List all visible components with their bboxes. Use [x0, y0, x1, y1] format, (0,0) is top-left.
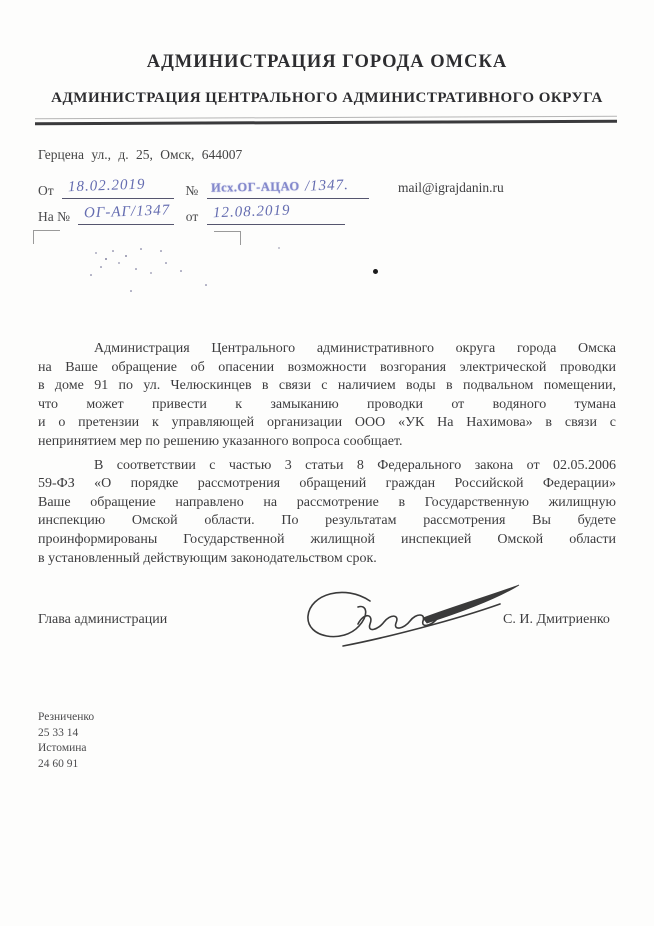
signer-position: Глава администрации: [38, 612, 167, 628]
contact-name: Истомина: [38, 741, 94, 757]
incoming-number-line: ОГ-АГ/1347: [78, 206, 174, 225]
number-label: №: [185, 183, 198, 198]
scan-speck: [180, 270, 182, 272]
body-line: Ваше обращение направлено на рассмотрени…: [38, 494, 616, 513]
contact-phone: 25 33 14: [38, 726, 94, 742]
outgoing-date-line: 18.02.2019: [62, 180, 174, 199]
scan-speck: [95, 252, 97, 254]
from-label: От: [38, 183, 54, 198]
scan-speck: [160, 250, 162, 252]
scan-speck: [100, 266, 102, 268]
body-line: в доме 91 по ул. Челюскинцев в связи с н…: [38, 377, 616, 396]
scan-speck: [130, 290, 132, 292]
body-line: непринятием мер по решению указанного во…: [38, 433, 616, 452]
letter-page: АДМИНИСТРАЦИЯ ГОРОДА ОМСКА АДМИНИСТРАЦИЯ…: [0, 0, 654, 926]
address-window-bracket-right: [214, 231, 241, 245]
scan-speck: [90, 274, 92, 276]
scan-speck: [205, 284, 207, 286]
handwritten-outgoing-date: 18.02.2019: [62, 177, 146, 197]
org-address: Герцена ул., д. 25, Омск, 644007: [38, 147, 242, 163]
org-title: АДМИНИСТРАЦИЯ ГОРОДА ОМСКА: [0, 52, 654, 73]
incoming-ref-row: На № ОГ-АГ/1347 от 12.08.2019: [38, 206, 353, 225]
scan-speck: [112, 250, 114, 252]
reply-label: На №: [38, 209, 70, 224]
signer-name: С. И. Дмитриенко: [503, 612, 610, 628]
outgoing-number-line: Исх.ОГ-АЦАО/1347.: [207, 180, 369, 199]
contact-block: Резниченко 25 33 14 Истомина 24 60 91: [38, 710, 94, 772]
address-window-bracket-left: [33, 230, 60, 244]
header-rule-thick: [35, 120, 617, 125]
handwritten-outgoing-number: /1347.: [299, 177, 349, 196]
scan-speck: [150, 272, 152, 274]
handwritten-incoming-number: ОГ-АГ/1347: [78, 202, 171, 222]
scan-speck: [140, 248, 142, 250]
outgoing-number-stamp: Исх.ОГ-АЦАО: [207, 179, 300, 196]
header-rule: [35, 116, 617, 125]
body-line: инспекцию Омской области. По результатам…: [38, 512, 616, 531]
body-line: В соответствии с частью 3 статьи 8 Федер…: [38, 457, 616, 476]
signature-autograph: [295, 576, 530, 654]
body-line: в установленный действующим законодатель…: [38, 550, 616, 569]
scan-speck: [165, 262, 167, 264]
ink-dot: [373, 269, 378, 274]
scan-speck: [118, 262, 120, 264]
letter-body: Администрация Центрального административ…: [38, 340, 616, 568]
contact-phone: 24 60 91: [38, 757, 94, 773]
reply-date-label: от: [186, 209, 198, 224]
scan-speck: [135, 268, 137, 270]
body-line: на Ваше обращение об опасении возможност…: [38, 359, 616, 378]
dept-title: АДМИНИСТРАЦИЯ ЦЕНТРАЛЬНОГО АДМИНИСТРАТИВ…: [0, 90, 654, 107]
body-line: и о претензии к управляющей организации …: [38, 414, 616, 433]
email-address: mail@igrajdanin.ru: [398, 180, 504, 196]
scan-speck: [278, 247, 280, 249]
scan-speck: [105, 258, 107, 260]
contact-name: Резниченко: [38, 710, 94, 726]
incoming-date-line: 12.08.2019: [207, 206, 345, 225]
outgoing-ref-row: От 18.02.2019 № Исх.ОГ-АЦАО/1347.: [38, 180, 377, 199]
body-line: Администрация Центрального административ…: [38, 340, 616, 359]
scan-speck: [125, 255, 127, 257]
body-line: проинформированы Государственной жилищно…: [38, 531, 616, 550]
handwritten-incoming-date: 12.08.2019: [206, 203, 290, 223]
body-line: 59-ФЗ «О порядке рассмотрения обращений …: [38, 475, 616, 494]
header-rule-thin: [35, 116, 617, 120]
body-line: что может привести к замыканию проводки …: [38, 396, 616, 415]
